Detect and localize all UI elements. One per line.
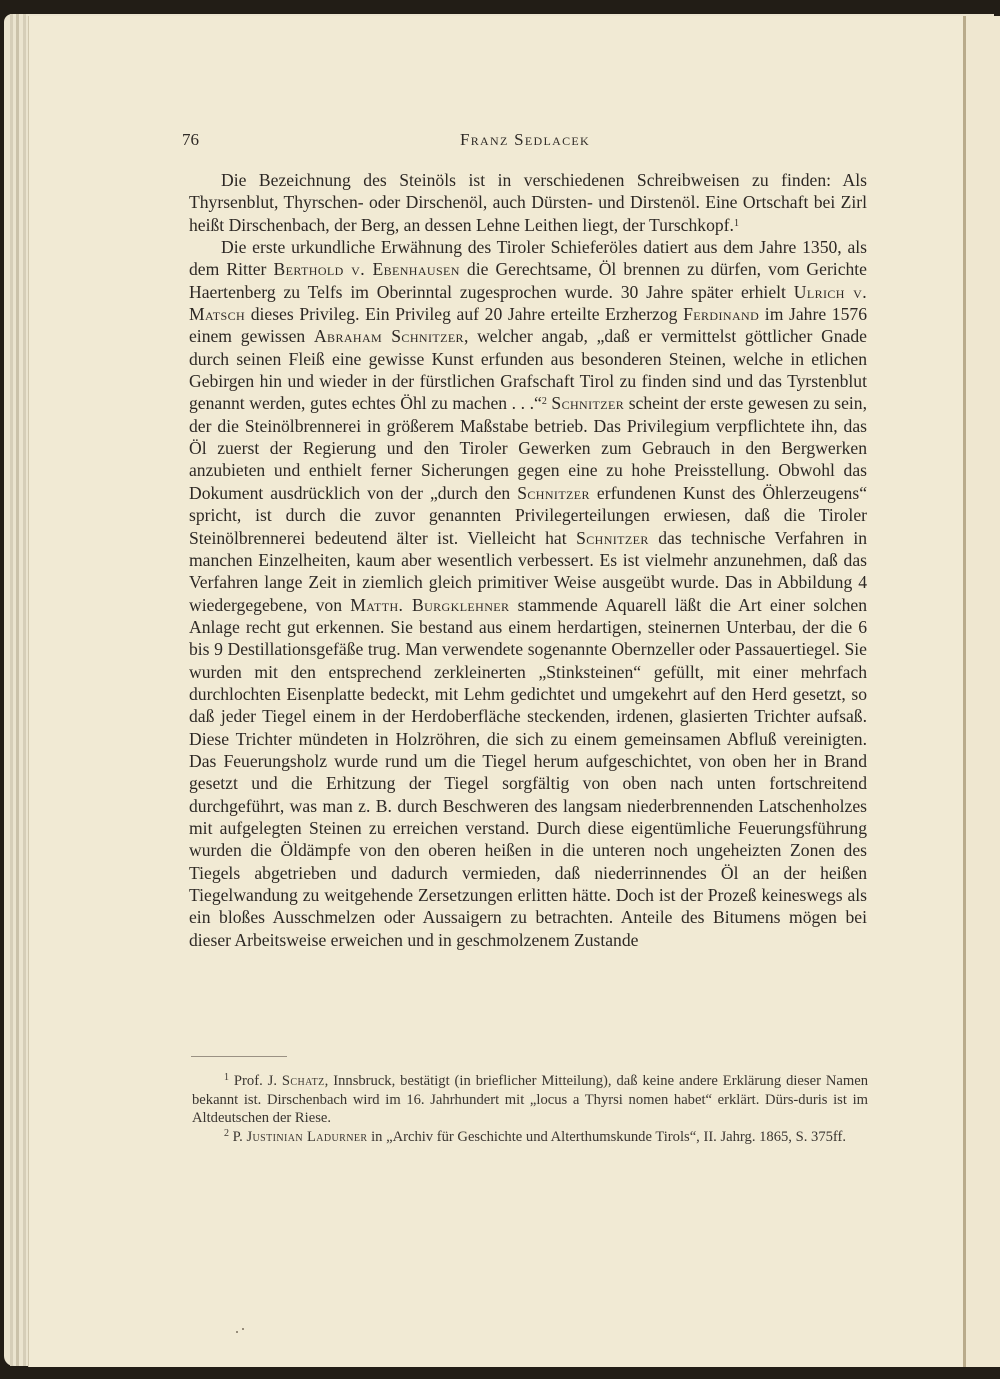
text-run: Prof. J. bbox=[229, 1073, 282, 1089]
page-edge bbox=[16, 14, 19, 1366]
person-name: Schatz bbox=[282, 1073, 325, 1089]
person-name: Schnitzer bbox=[551, 393, 624, 413]
paragraph: Die erste urkundliche Erwähnung des Tiro… bbox=[189, 236, 867, 951]
body-text: Die Bezeichnung des Steinöls ist in vers… bbox=[189, 169, 867, 951]
text-run: in „Archiv für Geschichte und Alterthums… bbox=[367, 1129, 846, 1145]
paragraph: Die Bezeichnung des Steinöls ist in vers… bbox=[189, 169, 867, 236]
running-head: Franz Sedlacek bbox=[182, 130, 868, 150]
facing-page-edge bbox=[966, 16, 1000, 1367]
paper-speck bbox=[236, 1331, 238, 1333]
paper-speck bbox=[242, 1328, 244, 1330]
person-name: Schnitzer bbox=[517, 483, 590, 503]
page-edge bbox=[23, 14, 26, 1366]
text-run: stammende Aquarell läßt die Art einer so… bbox=[189, 595, 867, 950]
footnote-ref: 2 bbox=[542, 396, 547, 407]
person-name: Justinian Ladurner bbox=[246, 1129, 367, 1145]
footnotes: 1 Prof. J. Schatz, Innsbruck, bestätigt … bbox=[192, 1072, 868, 1147]
person-name: Schnitzer bbox=[576, 528, 649, 548]
paragraph-text: Die Bezeichnung des Steinöls ist in vers… bbox=[189, 170, 867, 235]
page-edge bbox=[10, 14, 13, 1366]
footnote: 1 Prof. J. Schatz, Innsbruck, bestätigt … bbox=[192, 1072, 868, 1128]
person-name: Ferdinand bbox=[683, 304, 759, 324]
text-run: P. bbox=[229, 1129, 246, 1145]
page-header: 76 Franz Sedlacek bbox=[182, 130, 868, 152]
person-name: Abraham Schnitzer bbox=[314, 326, 464, 346]
footnote: 2 P. Justinian Ladurner in „Archiv für G… bbox=[192, 1128, 868, 1147]
footnote-ref: 1 bbox=[734, 218, 739, 229]
text-run: dieses Privileg. Ein Privileg auf 20 Jah… bbox=[245, 304, 683, 324]
person-name: Matth. Burgklehner bbox=[350, 595, 509, 615]
person-name: Berthold v. Ebenhausen bbox=[273, 259, 459, 279]
footnote-divider bbox=[191, 1056, 287, 1057]
